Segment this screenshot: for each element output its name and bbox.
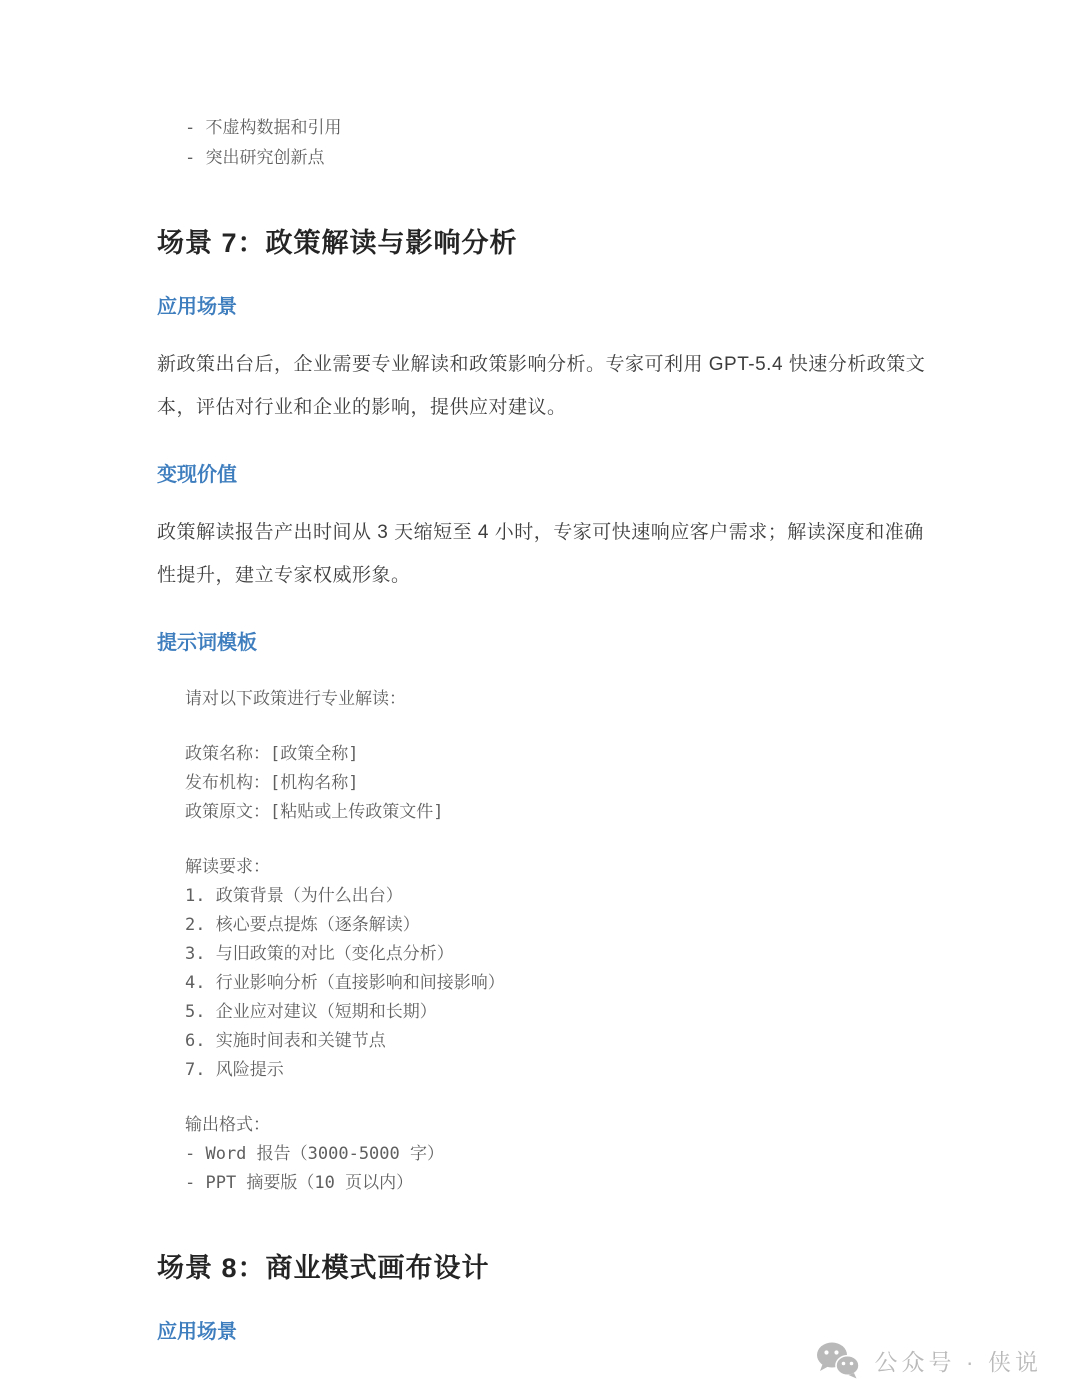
section-7-value-heading: 变现价值	[157, 463, 930, 487]
wechat-account-name: 公众号 · 侠说	[875, 1344, 1042, 1377]
wechat-account-watermark: 公众号 · 侠说	[815, 1341, 1042, 1379]
section-7-title: 场景 7：政策解读与影响分析	[157, 225, 930, 261]
section-7-application-heading: 应用场景	[157, 295, 930, 319]
prompt-template-block: 请对以下政策进行专业解读： 政策名称：[政策全称] 发布机构：[机构名称] 政策…	[157, 685, 930, 1198]
section-7-prompt-heading: 提示词模板	[157, 631, 930, 655]
prompt-policy-fields: 政策名称：[政策全称] 发布机构：[机构名称] 政策原文：[粘贴或上传政策文件]	[157, 740, 930, 827]
previous-prompt-tail-lines: - 不虚构数据和引用 - 突出研究创新点	[157, 113, 930, 173]
prompt-output-format: 输出格式： - Word 报告（3000-5000 字） - PPT 摘要版（1…	[157, 1111, 930, 1198]
section-7-application-body: 新政策出台后，企业需要专业解读和政策影响分析。专家可利用 GPT-5.4 快速分…	[157, 343, 930, 429]
wechat-logo-icon	[815, 1341, 861, 1379]
document-page: - 不虚构数据和引用 - 突出研究创新点 场景 7：政策解读与影响分析 应用场景…	[0, 0, 1080, 1344]
section-7-value-body: 政策解读报告产出时间从 3 天缩短至 4 小时，专家可快速响应客户需求；解读深度…	[157, 511, 930, 597]
prompt-intro-line: 请对以下政策进行专业解读：	[157, 685, 930, 714]
prompt-requirements-list: 解读要求： 1. 政策背景（为什么出台） 2. 核心要点提炼（逐条解读） 3. …	[157, 853, 930, 1085]
section-8-title: 场景 8：商业模式画布设计	[157, 1250, 930, 1286]
